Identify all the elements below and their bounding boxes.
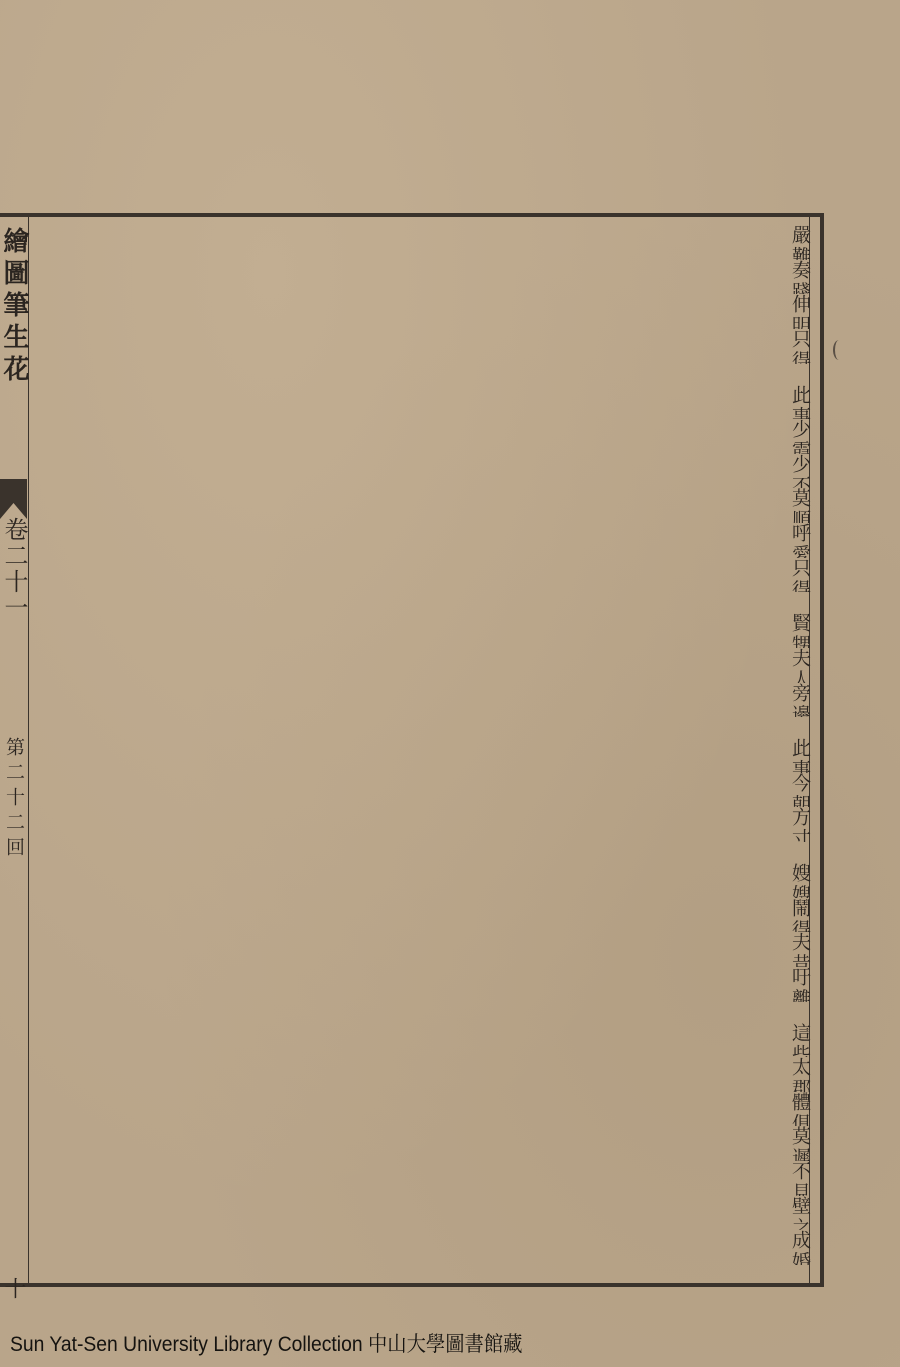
text-column: 壁之名隨捏題須待身榮方返里那時可不受人欺論得他姨夫姨母多相信愛敬憐才深重伊留住衙…	[30, 1196, 812, 1231]
collection-footer: Sun Yat-Sen University Library Collectio…	[10, 1328, 523, 1358]
text-column: 此事吾家久已曉得舅母不必含糊索性賜救了罷大家歡喜	[30, 717, 812, 773]
text-column: 旁邊走過美紅妝佩蘭小姐敲邊鼓滿面春風叫舅娘	[30, 683, 812, 718]
fishtail-mark-icon	[0, 479, 27, 519]
text-column: 今朝務懇說分明乞看同胞兒在塵表弟既然為表妹何堪瞞着自家人娘兒三個齊圍定這得個太郡…	[30, 773, 812, 808]
text-column: 呼愛子汝當長跪在尊前舅母不說兒休起總乞慈心一見憐文府夫人言訖笑姜太郡被他說得事情…	[30, 523, 812, 558]
main-text-body: 嚴難觸犯為的是國朝多事怕招災因而未敢分明說隱忍於心且暫捱到如今國事昇平天下定賢人…	[30, 225, 812, 1265]
text-column: 此事無他小婿久已猜破機關但不敢向母舅說只得懇求舅母大人發個慈心做主也	[30, 364, 812, 420]
text-column: 伸明其事叩金階恐防舅父添嗔怒定責備渺視尊親擅主裁那其間打罵相施俱願受但愁的紅絲斬…	[30, 294, 812, 329]
text-column: 只得至中忙立起挽東床驚駭急相攙	[30, 558, 812, 593]
page-number: 十五	[0, 1277, 27, 1299]
page-margin-column: 繪圖筆生花 卷二十一 第二十二回 十五	[0, 217, 29, 1283]
text-column: 莫順那古怪家兄一意偏自古來女嫁男婚方正理沒有個陰乘陽位逆於天便是那木蘭代父充征役…	[30, 488, 812, 523]
text-column: 吁離卻輕舟又上車太郡方纔言到此喜擺了娘兒三位笑容多少霞即便抽身去含笑忙將舅母呼	[30, 967, 812, 1002]
text-column: 莫遲疑甘為替代京師去敎惠英易服投親見母娘當下忙更男子服仙藥惟相遺謂將吞下精神長益…	[30, 1126, 812, 1161]
text-column: 嚴難觸犯為的是國朝多事怕招災因而未敢分明說隱忍於心且暫捱到如今國事昇平天下定賢人…	[30, 225, 812, 260]
text-column: 少不得木歸根本水歸源這婚姻當年兩姓相攀日原說過入贅尊潭子職權便作說明何礙事姪女也…	[30, 454, 812, 489]
text-column: 夫人說着變容光又是相憐又是慌欲待明言防抱怨不住的吞吞吐吐好彷徨心突突意茫茫一霎為…	[30, 648, 812, 683]
text-column: 這些情節婿已久知只請問表妹怎得改換男妝那替代入京的女子可就是昔日園中所見的謫仙否	[30, 1002, 812, 1058]
book-title: 繪圖筆生花	[0, 217, 27, 387]
text-column: 體俱無覺七魂三魄早他離正在香垂絕際忽來了扶危救難那仙姬將他攝去荒郊地解脫鮫綃救離…	[30, 1092, 812, 1127]
text-column: 鬧得夫人主意無無何將笑相呼你們既已知風了我怎欺瞞妻辨証且請賢甥來立起待我好訴這根…	[30, 898, 812, 933]
volume-label: 卷二十一	[0, 517, 27, 621]
text-column: 太郡夫人道慢此且待我頭細表這蹤跡惠英行到山東地那一個投宿招商旅店樓盡節又思尋死路…	[30, 1057, 812, 1092]
text-column: 少霞言說跪尊前文太太含笑從旁又進言嫂嫂千祈看薄面快些賜救此中緣休作難莫敢瞞世上誰…	[30, 419, 812, 454]
text-column: 成婚何以將人誑這個我未悉其情不好題姜太郡說到此間人盡笑文夫人點頭嘖嘖道聲奇	[30, 1230, 812, 1265]
text-column: 奏踐前盟遺嫁愚甥使合諧又誰知人事如棋難測料舅父竟不容人說是裙釵時顧忌每嫌猜嚇得甥…	[30, 260, 812, 295]
chapter-label: 第二十二回	[2, 737, 26, 862]
text-column: 只得個特請慈心舅母來乞恕前番多負罪重婚兩次愧無才祈下諒恕達奉示白其情莫見猜御史言…	[30, 329, 812, 364]
text-column: 嫂嫂舅母請說明了罷休得這樣悶人	[30, 842, 812, 898]
text-column: 賢甥請起這件事是誰說來須去問你母舅我不知道呀	[30, 592, 812, 648]
text-column: 夫昔日惠英遭逼迫他原為恐傷其父强臨都堅貞怎失冰霜志存心要立節捐身死半途路過廣陵投…	[30, 932, 812, 967]
text-column: 方寸計難尋風流御史心焦燥母女含歡又笑云	[30, 807, 812, 842]
text-column: 不見卻原來早已潛投旅店樓擲下惠英無可奈只得個投親謝府見姨娘只說父親藏外罷生兒恐被…	[30, 1161, 812, 1196]
paper-edge-mark	[833, 340, 845, 360]
